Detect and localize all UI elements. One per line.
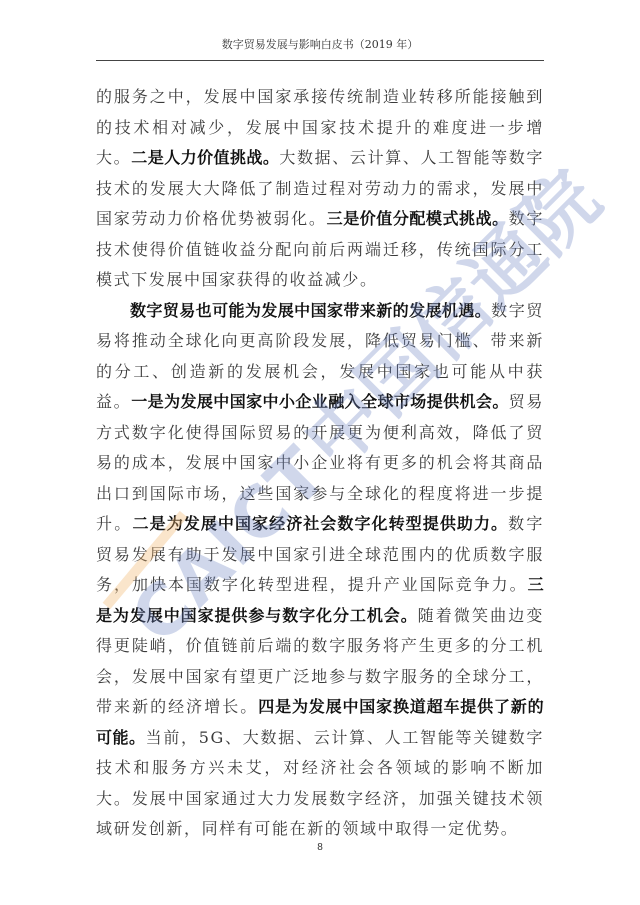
text-segment: 当前，5G、大数据、云计算、人工智能等关键数字技术和服务方兴未艾，对经济社会各领…	[96, 728, 544, 839]
document-title: 数字贸易发展与影响白皮书（2019 年）	[222, 38, 419, 51]
text-segment: 贸易方式数字化使得国际贸易的开展更为便利高效，降低了贸易的成本，发展中国家中小企…	[96, 392, 544, 533]
bold-heading-value-distribution: 三是价值分配模式挑战。	[327, 209, 509, 228]
page-number: 8	[0, 842, 640, 853]
bold-heading-human-value: 二是人力价值挑战。	[131, 148, 279, 167]
paragraph-opportunities: 数字贸易也可能为发展中国家带来新的发展机遇。数字贸易将推动全球化向更高阶段发展，…	[96, 296, 544, 845]
paragraph-challenges: 的服务之中，发展中国家承接传统制造业转移所能接触到的技术相对减少，发展中国家技术…	[96, 82, 544, 296]
bold-point-two: 二是为发展中国家经济社会数字化转型提供助力。	[133, 514, 509, 533]
body-text: 的服务之中，发展中国家承接传统制造业转移所能接触到的技术相对减少，发展中国家技术…	[96, 82, 544, 845]
bold-lead-sentence: 数字贸易也可能为发展中国家带来新的发展机遇。	[130, 301, 491, 320]
running-header: 数字贸易发展与影响白皮书（2019 年）	[96, 38, 544, 61]
bold-point-one: 一是为发展中国家中小企业融入全球市场提供机会。	[131, 392, 509, 411]
